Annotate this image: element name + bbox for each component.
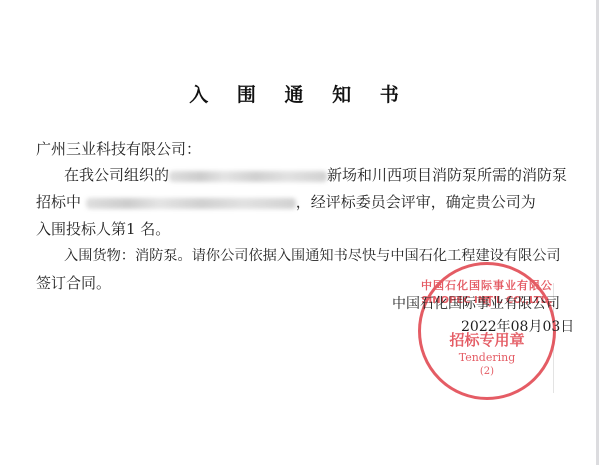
recipient-line: 广州三业科技有限公司：	[36, 139, 201, 159]
signature-organization: 中国石化国际事业有限公司	[392, 293, 560, 313]
paragraph1-line2-prefix: 招标中	[36, 193, 81, 211]
signature-date: 2022年08月03日	[461, 316, 574, 336]
seal-tender: Tendering	[421, 351, 553, 364]
paragraph1-line2-suffix: ，经评标委员会评审，确定贵公司为	[296, 193, 536, 211]
paragraph1-line1-prefix: 在我公司组织的	[64, 166, 169, 184]
seal-number: (2)	[421, 366, 553, 377]
paragraph1-line3: 入围投标人第1 名。	[36, 219, 170, 239]
document-page: 入 围 通 知 书 广州三业科技有限公司： 在我公司组织的新场和川西项目消防泵所…	[0, 0, 599, 465]
paragraph1-line1-suffix: 新场和川西项目消防泵所需的消防泵	[327, 166, 567, 184]
paragraph1-line1: 在我公司组织的新场和川西项目消防泵所需的消防泵	[64, 165, 567, 185]
redacted-bid-number	[86, 198, 296, 209]
paragraph1-line2: 招标中 ，经评标委员会评审，确定贵公司为	[36, 192, 536, 212]
document-title: 入 围 通 知 书	[0, 80, 599, 107]
redacted-project-code	[169, 171, 327, 182]
paragraph2-line2: 签订合同。	[36, 273, 111, 293]
